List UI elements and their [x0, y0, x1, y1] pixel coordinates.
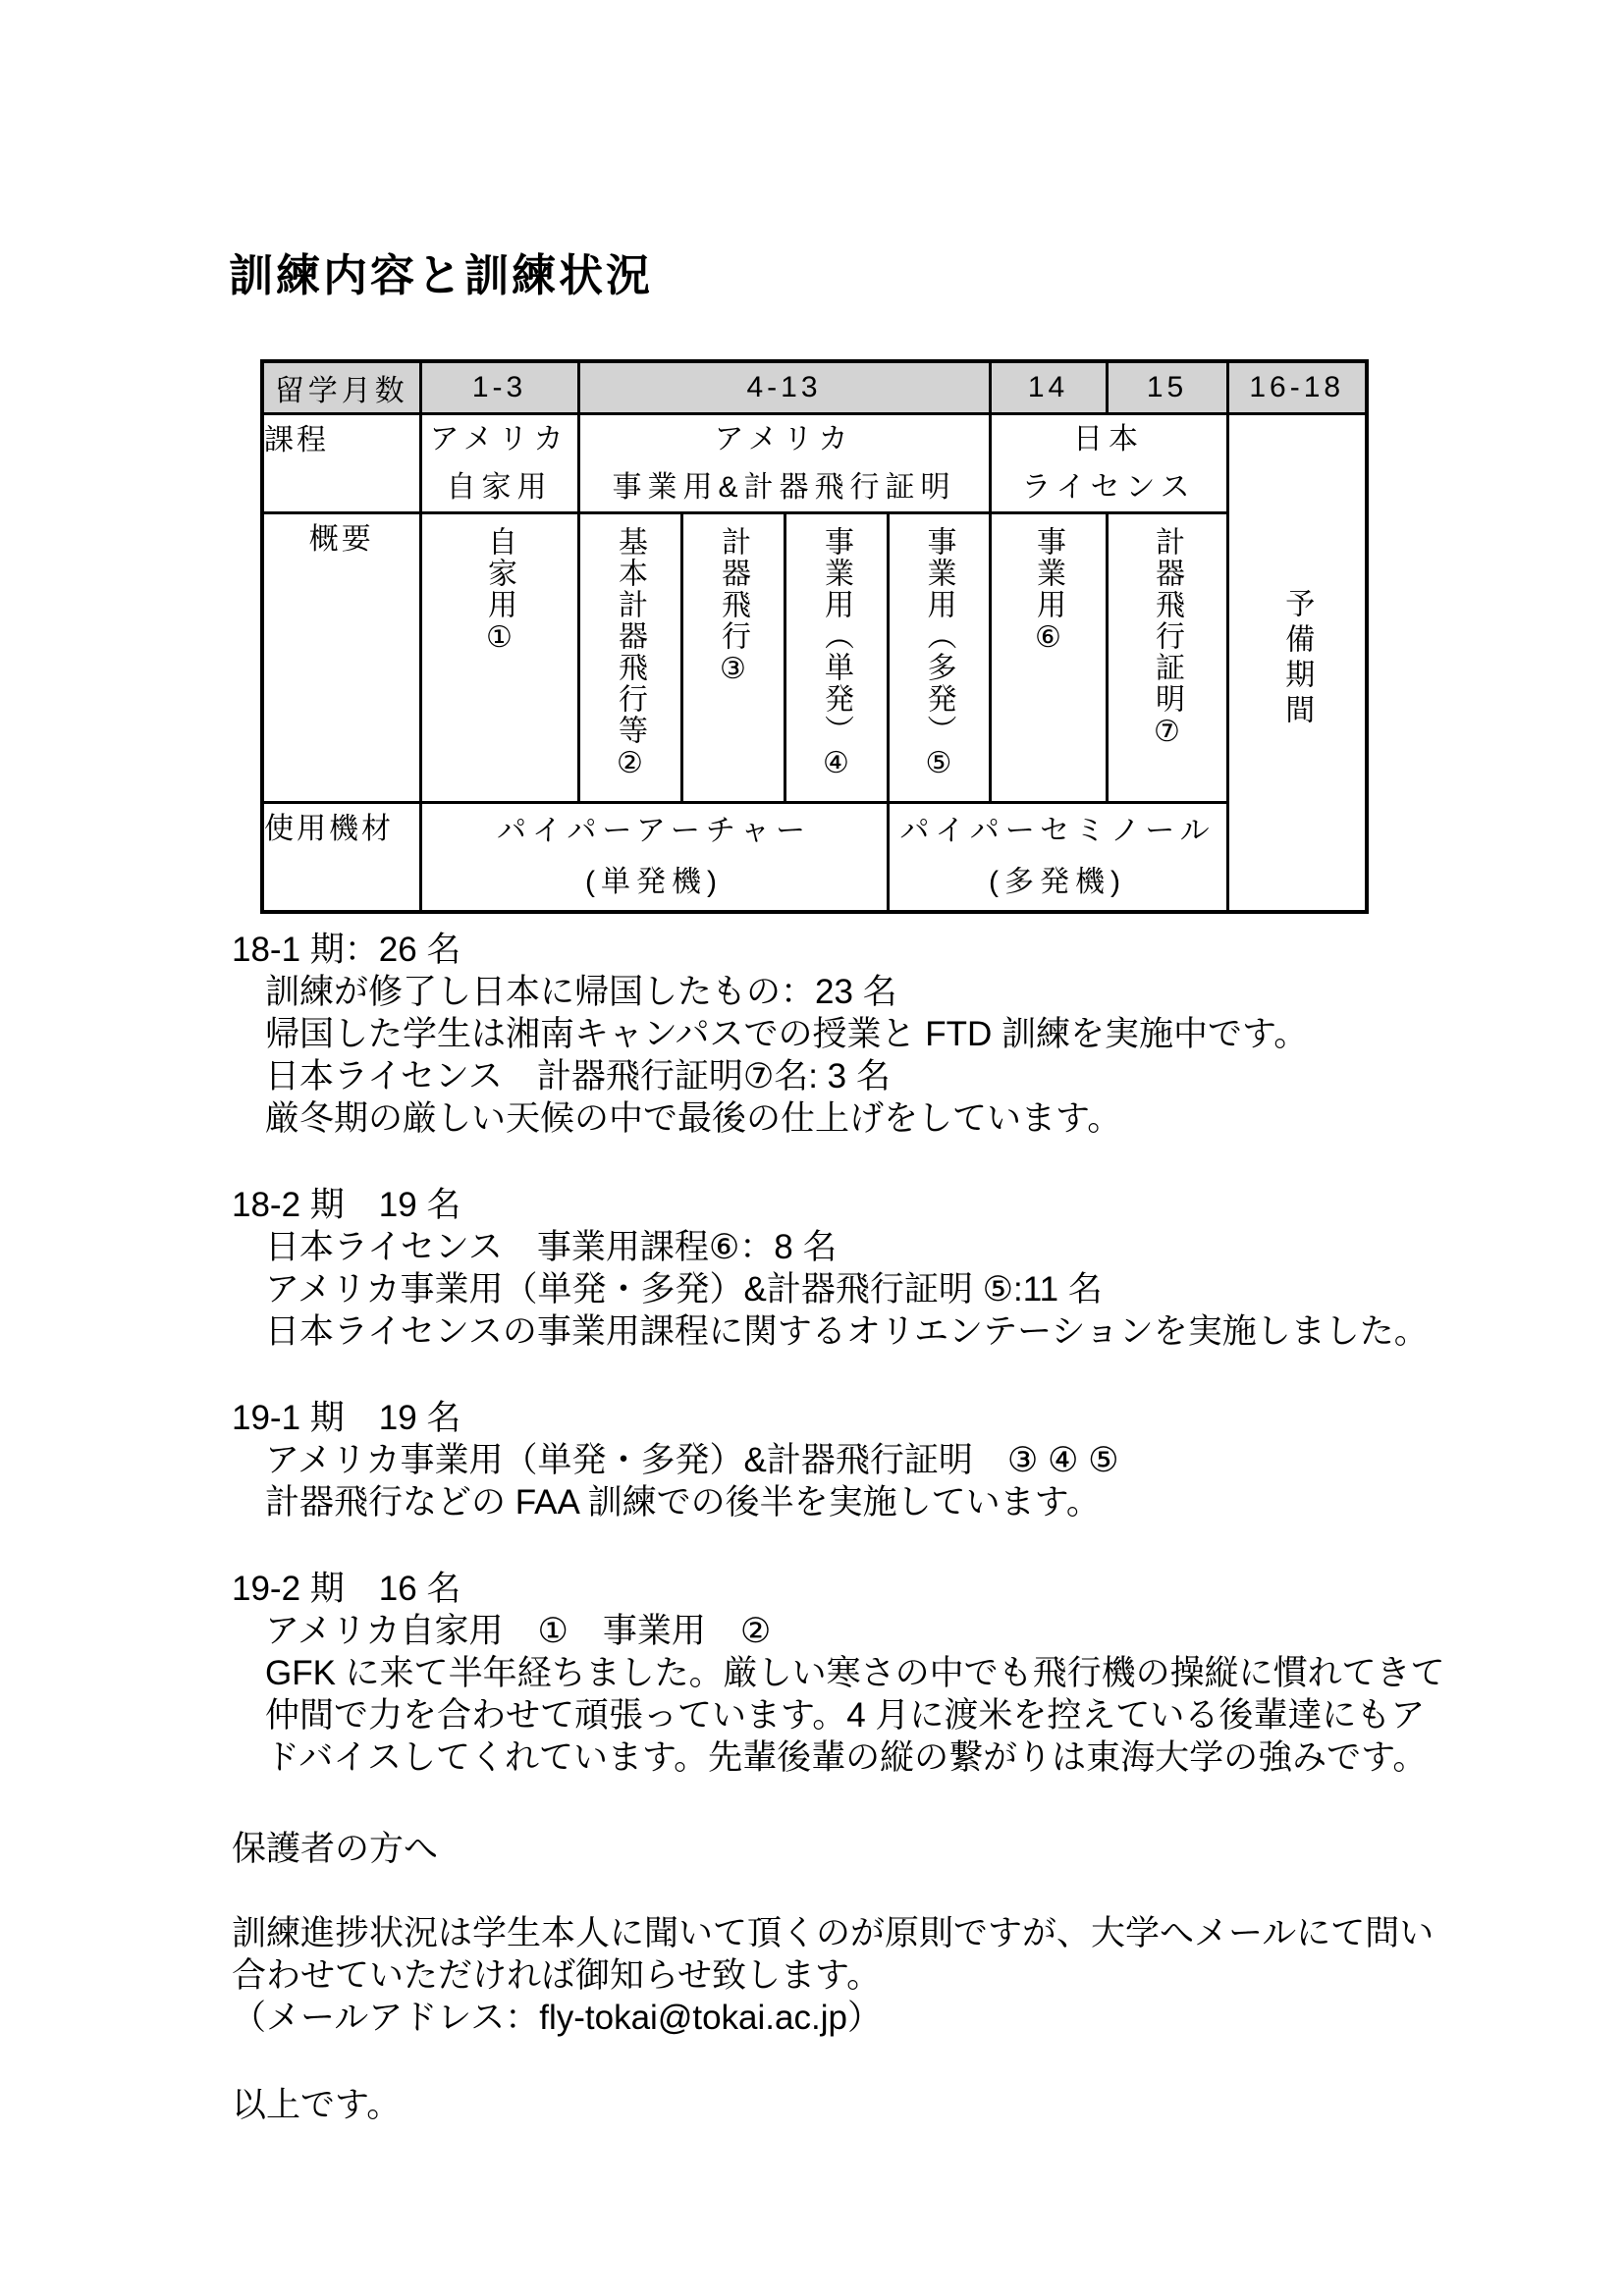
section-18-1-line-3: 日本ライセンス 計器飛行証明⑦名: 3 名: [232, 1055, 1538, 1097]
overview-row-label: 概要: [262, 513, 420, 803]
curriculum-row: 課程 アメリカ 自家用 アメリカ 事業用&計器飛行証明 日本 ライセンス 予備期…: [262, 414, 1367, 513]
section-18-2-line-1: 日本ライセンス 事業用課程⑥：8 名: [232, 1226, 1538, 1268]
overview-cell-basic-instrument-2: 基本計器飛行等②: [578, 513, 681, 803]
section-19-1-line-1: アメリカ事業用（単発・多発）&計器飛行証明 ③ ④ ⑤: [232, 1439, 1538, 1481]
curriculum-row-label: 課程: [262, 414, 420, 513]
section-19-2-heading: 19-2 期 16 名: [232, 1568, 1538, 1610]
overview-text-4: 事業用（単発）④: [820, 526, 852, 782]
section-18-2-line-2: アメリカ事業用（単発・多発）&計器飛行証明 ⑤:11 名: [232, 1268, 1538, 1310]
curriculum-america-commercial-line2: 事業用&計器飛行証明: [580, 463, 989, 511]
report-body: 18-1 期：26 名 訓練が修了し日本に帰国したもの：23 名 帰国した学生は…: [232, 929, 1538, 2126]
overview-text-1: 自家用①: [483, 526, 515, 657]
overview-text-5: 事業用（多発）⑤: [923, 526, 955, 782]
equipment-archer-type: (単発機): [422, 857, 887, 908]
overview-cell-commercial-multi-5: 事業用（多発）⑤: [888, 513, 990, 803]
overview-cell-commercial-single-4: 事業用（単発）④: [785, 513, 888, 803]
section-19-2-line-4: ドバイスしてくれています。先輩後輩の縦の繋がりは東海大学の強みです。: [232, 1736, 1538, 1779]
section-18-2-line-3: 日本ライセンスの事業用課程に関するオリエンテーションを実施しました。: [232, 1310, 1538, 1353]
section-19-1-heading: 19-1 期 19 名: [232, 1397, 1538, 1439]
section-18-2-heading: 18-2 期 19 名: [232, 1184, 1538, 1226]
overview-text-7: 計器飛行証明⑦: [1151, 526, 1183, 751]
section-18-1-line-2: 帰国した学生は湘南キャンパスでの授業と FTD 訓練を実施中です。: [232, 1013, 1538, 1055]
reserve-period-text: 予備期間: [1280, 588, 1313, 729]
equipment-seminole-type: (多発機): [890, 857, 1226, 908]
reserve-period-cell: 予備期間: [1227, 414, 1367, 913]
overview-text-2: 基本計器飛行等②: [614, 526, 646, 782]
header-months-16-18: 16-18: [1227, 361, 1367, 414]
curriculum-cell-america-commercial: アメリカ 事業用&計器飛行証明: [578, 414, 990, 513]
curriculum-cell-japan-license: 日本 ライセンス: [990, 414, 1227, 513]
curriculum-america-private-line2: 自家用: [422, 463, 577, 511]
curriculum-america-private-line1: アメリカ: [422, 415, 577, 463]
overview-text-6: 事業用⑥: [1032, 526, 1064, 657]
equipment-seminole-name: パイパーセミノール: [890, 806, 1226, 857]
closing-line: 以上です。: [232, 2084, 1538, 2126]
overview-row: 概要 自家用① 基本計器飛行等② 計器飛行③ 事業用（単発）④ 事業用（多発）⑤…: [262, 513, 1367, 803]
header-months-14: 14: [990, 361, 1107, 414]
section-18-1-heading: 18-1 期：26 名: [232, 929, 1538, 971]
section-19-1: 19-1 期 19 名 アメリカ事業用（単発・多発）&計器飛行証明 ③ ④ ⑤ …: [232, 1397, 1538, 1523]
equipment-archer-name: パイパーアーチャー: [422, 806, 887, 857]
section-19-1-line-2: 計器飛行などの FAA 訓練での後半を実施しています。: [232, 1481, 1538, 1523]
curriculum-cell-america-private: アメリカ 自家用: [420, 414, 578, 513]
overview-text-3: 計器飛行③: [717, 526, 749, 688]
header-months-15: 15: [1107, 361, 1227, 414]
header-months-label: 留学月数: [262, 361, 420, 414]
curriculum-japan-license-line1: 日本: [992, 415, 1226, 463]
equipment-cell-piper-seminole: パイパーセミノール (多発機): [888, 803, 1227, 913]
section-18-2: 18-2 期 19 名 日本ライセンス 事業用課程⑥：8 名 アメリカ事業用（単…: [232, 1184, 1538, 1353]
section-18-1-line-1: 訓練が修了し日本に帰国したもの：23 名: [232, 971, 1538, 1013]
progress-inquiry-line-1: 訓練進捗状況は学生本人に聞いて頂くのが原則ですが、大学へメールにて問い: [232, 1912, 1538, 1954]
section-18-1: 18-1 期：26 名 訓練が修了し日本に帰国したもの：23 名 帰国した学生は…: [232, 929, 1538, 1140]
progress-inquiry-paragraph: 訓練進捗状況は学生本人に聞いて頂くのが原則ですが、大学へメールにて問い 合わせて…: [232, 1912, 1538, 2039]
overview-cell-instrument-cert-7: 計器飛行証明⑦: [1107, 513, 1227, 803]
overview-cell-private-1: 自家用①: [420, 513, 578, 803]
page-title: 訓練内容と訓練状況: [229, 240, 653, 303]
email-address-line: （メールアドレス：fly-tokai@tokai.ac.jp）: [232, 1997, 1538, 2039]
overview-cell-commercial-6: 事業用⑥: [990, 513, 1107, 803]
guardian-note-heading: 保護者の方へ: [232, 1828, 1538, 1870]
header-months-4-13: 4-13: [578, 361, 990, 414]
section-19-2-line-1: アメリカ自家用 ① 事業用 ②: [232, 1610, 1538, 1652]
section-19-2-line-2: GFK に来て半年経ちました。厳しい寒さの中でも飛行機の操縦に慣れてきて: [232, 1652, 1538, 1694]
training-schedule-table: 留学月数 1-3 4-13 14 15 16-18 課程 アメリカ 自家用 アメ…: [260, 359, 1369, 914]
section-18-1-line-4: 厳冬期の厳しい天候の中で最後の仕上げをしています。: [232, 1097, 1538, 1140]
overview-cell-instrument-3: 計器飛行③: [681, 513, 785, 803]
equipment-row-label: 使用機材: [262, 803, 420, 913]
table-header-row: 留学月数 1-3 4-13 14 15 16-18: [262, 361, 1367, 414]
equipment-row: 使用機材 パイパーアーチャー (単発機) パイパーセミノール (多発機): [262, 803, 1367, 913]
header-months-1-3: 1-3: [420, 361, 578, 414]
section-19-2-line-3: 仲間で力を合わせて頑張っています。4 月に渡米を控えている後輩達にもア: [232, 1694, 1538, 1736]
curriculum-japan-license-line2: ライセンス: [992, 463, 1226, 511]
section-19-2: 19-2 期 16 名 アメリカ自家用 ① 事業用 ② GFK に来て半年経ちま…: [232, 1568, 1538, 1779]
curriculum-america-commercial-line1: アメリカ: [580, 415, 989, 463]
progress-inquiry-line-2: 合わせていただければ御知らせ致します。: [232, 1954, 1538, 1997]
equipment-cell-piper-archer: パイパーアーチャー (単発機): [420, 803, 888, 913]
